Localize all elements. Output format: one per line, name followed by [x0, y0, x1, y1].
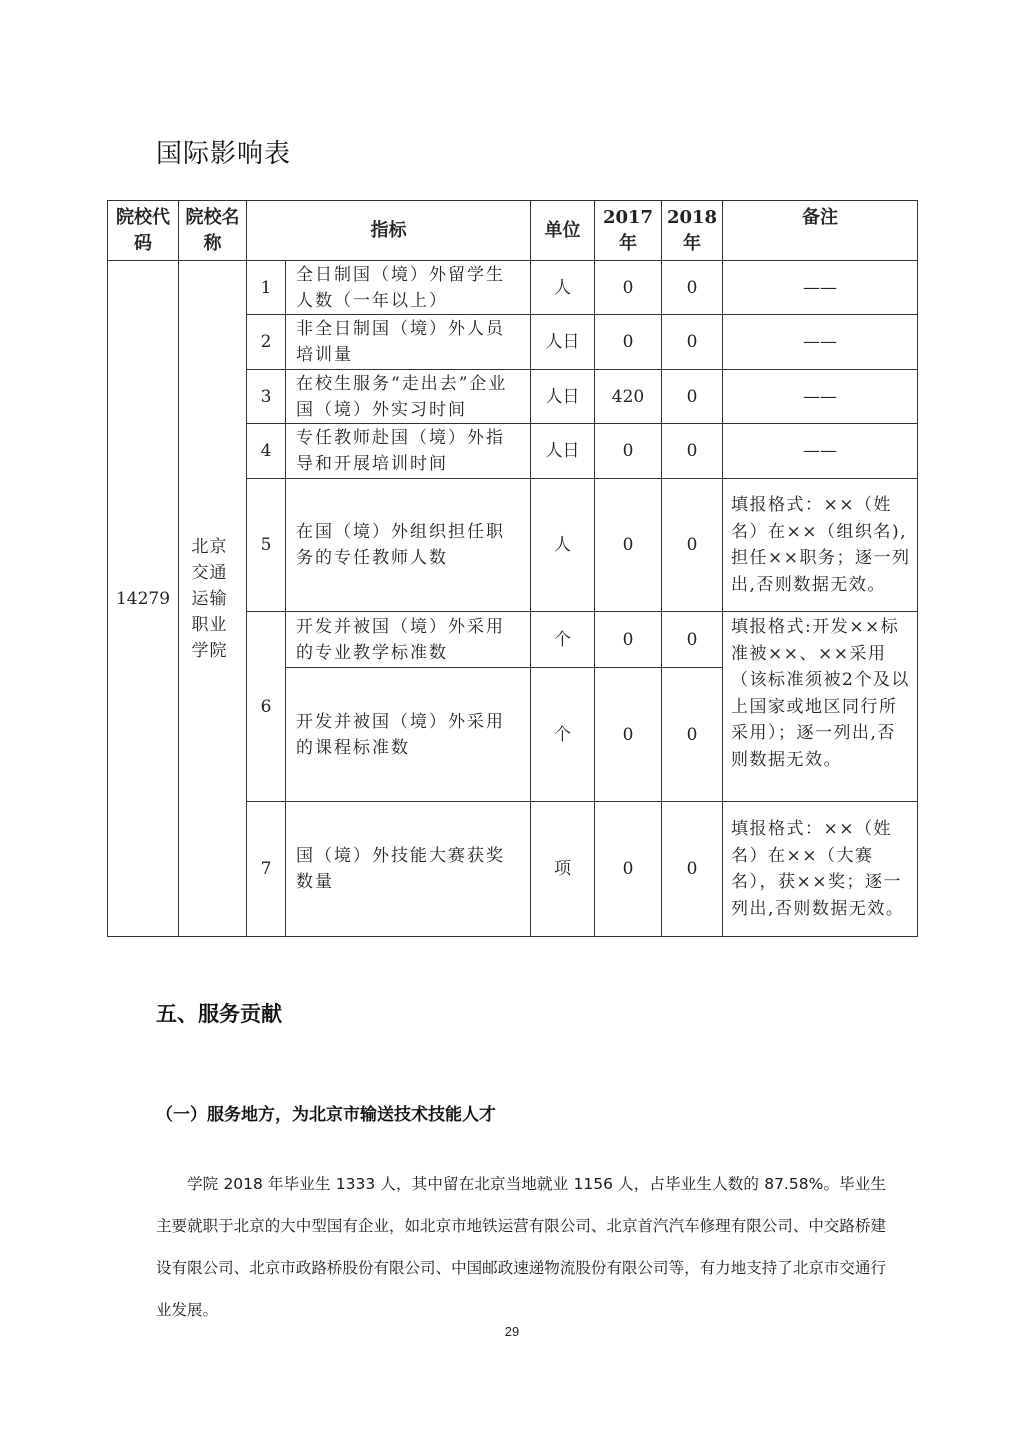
- school-code-cell: 14279: [108, 261, 179, 937]
- remark-cell: ——: [723, 261, 918, 315]
- international-influence-table: 院校代码 院校名称 指标 单位 2017年 2018年 备注 14279 北京交…: [107, 200, 918, 937]
- body-paragraph: 学院 2018 年毕业生 1333 人，其中留在北京当地就业 1156 人，占毕…: [156, 1163, 886, 1331]
- value-2017-cell: 0: [595, 802, 662, 937]
- table-header-row: 院校代码 院校名称 指标 单位 2017年 2018年 备注: [108, 201, 918, 261]
- indicator-cell: 在校生服务“走出去”企业国（境）外实习时间: [286, 370, 531, 424]
- row-number: 5: [247, 479, 286, 612]
- value-2017-cell: 0: [595, 479, 662, 612]
- page-number: 29: [0, 1324, 1024, 1339]
- remark-cell: 填报格式:开发××标准被××、××采用（该标准须被2个及以上国家或地区同行所采用…: [723, 612, 918, 802]
- remark-cell: ——: [723, 424, 918, 479]
- unit-cell: 人: [531, 261, 595, 315]
- indicator-cell: 开发并被国（境）外采用的专业教学标准数: [286, 612, 531, 668]
- header-unit: 单位: [531, 201, 595, 261]
- value-2018-cell: 0: [662, 424, 723, 479]
- indicator-cell: 开发并被国（境）外采用的课程标准数: [286, 668, 531, 802]
- header-2018: 2018年: [662, 201, 723, 261]
- indicator-cell: 在国（境）外组织担任职务的专任教师人数: [286, 479, 531, 612]
- remark-cell: 填报格式：××（姓名）在××（大赛名），获××奖；逐一列出,否则数据无效。: [723, 802, 918, 937]
- subsection-heading: （一）服务地方，为北京市输送技术技能人才: [156, 1100, 496, 1125]
- row-number: 6: [247, 612, 286, 802]
- row-number: 2: [247, 315, 286, 370]
- unit-cell: 项: [531, 802, 595, 937]
- indicator-cell: 非全日制国（境）外人员培训量: [286, 315, 531, 370]
- unit-cell: 个: [531, 668, 595, 802]
- table-title: 国际影响表: [156, 133, 291, 170]
- value-2018-cell: 0: [662, 612, 723, 668]
- school-name-cell: 北京交通运输职业学院: [179, 261, 247, 937]
- remark-cell: ——: [723, 315, 918, 370]
- unit-cell: 人日: [531, 370, 595, 424]
- header-school-code: 院校代码: [108, 201, 179, 261]
- value-2017-cell: 0: [595, 315, 662, 370]
- value-2018-cell: 0: [662, 668, 723, 802]
- value-2017-cell: 0: [595, 612, 662, 668]
- value-2017-cell: 420: [595, 370, 662, 424]
- value-2018-cell: 0: [662, 479, 723, 612]
- header-2017: 2017年: [595, 201, 662, 261]
- value-2017-cell: 0: [595, 668, 662, 802]
- value-2018-cell: 0: [662, 261, 723, 315]
- section-heading: 五、服务贡献: [156, 998, 282, 1028]
- header-remark: 备注: [723, 201, 918, 261]
- value-2018-cell: 0: [662, 802, 723, 937]
- unit-cell: 人日: [531, 315, 595, 370]
- value-2018-cell: 0: [662, 315, 723, 370]
- indicator-cell: 全日制国（境）外留学生人数（一年以上）: [286, 261, 531, 315]
- indicator-cell: 专任教师赴国（境）外指导和开展培训时间: [286, 424, 531, 479]
- value-2017-cell: 0: [595, 261, 662, 315]
- row-number: 3: [247, 370, 286, 424]
- row-number: 4: [247, 424, 286, 479]
- unit-cell: 个: [531, 612, 595, 668]
- unit-cell: 人日: [531, 424, 595, 479]
- unit-cell: 人: [531, 479, 595, 612]
- remark-cell: 填报格式：××（姓名）在××（组织名),担任××职务；逐一列出,否则数据无效。: [723, 479, 918, 612]
- indicator-cell: 国（境）外技能大赛获奖数量: [286, 802, 531, 937]
- header-school-name: 院校名称: [179, 201, 247, 261]
- header-indicator: 指标: [247, 201, 531, 261]
- row-number: 1: [247, 261, 286, 315]
- remark-cell: ——: [723, 370, 918, 424]
- value-2018-cell: 0: [662, 370, 723, 424]
- table-row: 14279 北京交通运输职业学院 1 全日制国（境）外留学生人数（一年以上） 人…: [108, 261, 918, 315]
- value-2017-cell: 0: [595, 424, 662, 479]
- paragraph-text: 学院 2018 年毕业生 1333 人，其中留在北京当地就业 1156 人，占毕…: [156, 1163, 886, 1331]
- row-number: 7: [247, 802, 286, 937]
